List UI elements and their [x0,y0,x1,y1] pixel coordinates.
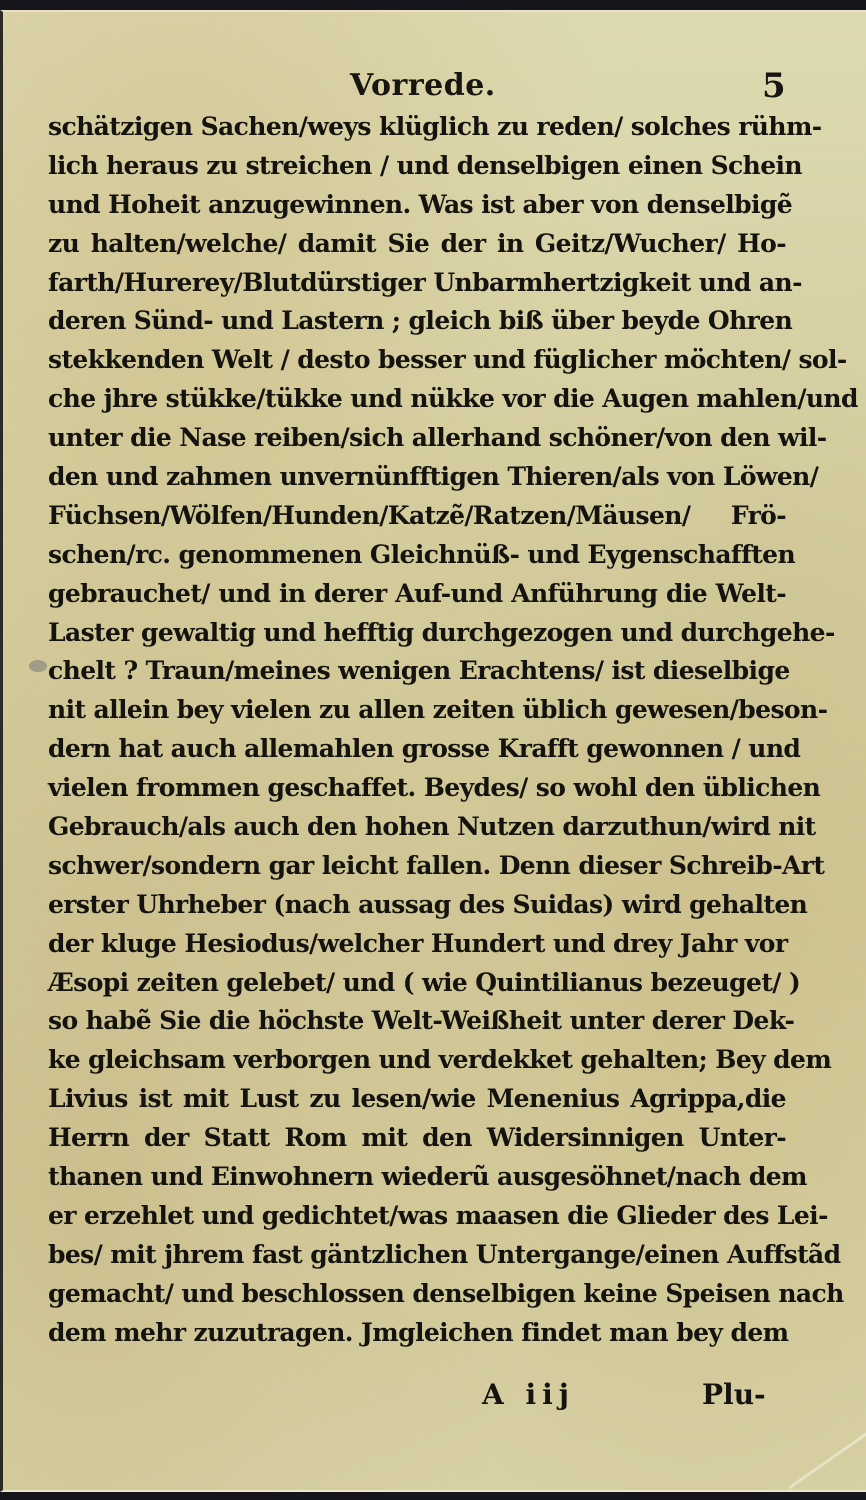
text-line: so habẽ Sie die höchste Welt-Weißheit un… [48,1002,786,1041]
text-line: den und zahmen unvernünfftigen Thieren/a… [48,458,786,497]
text-line: schwer/sondern gar leicht fallen. Denn d… [48,847,786,886]
text-line: Laster gewaltig und hefftig durchgezogen… [48,614,786,653]
text-line: unter die Nase reiben/sich allerhand sch… [48,419,786,458]
running-title: Vorrede. [350,68,496,103]
text-line: lich heraus zu streichen / und denselbig… [48,147,786,186]
text-line: farth/Hurerey/Blutdürstiger Unbarmhertzi… [48,264,786,303]
text-line: Füchsen/Wölfen/Hunden/Katzẽ/Ratzen/Mäuse… [48,497,786,536]
text-line: dern hat auch allemahlen grosse Krafft g… [48,730,786,769]
text-line: gemacht/ und beschlossen denselbigen kei… [48,1275,786,1314]
catchword: Plu- [702,1378,766,1411]
page-footer: A iij Plu- [0,1378,866,1428]
text-line: gebrauchet/ und in derer Auf-und Anführu… [48,575,786,614]
text-line: Herrn der Statt Rom mit den Widersinnige… [48,1119,786,1158]
text-line: und Hoheit anzugewinnen. Was ist aber vo… [48,186,786,225]
ink-smudge [29,660,47,672]
text-line: thanen und Einwohnern wiederũ ausgesöhne… [48,1158,786,1197]
text-line: erster Uhrheber (nach aussag des Suidas)… [48,886,786,925]
page-fold-corner [789,1430,866,1490]
text-line: bes/ mit jhrem fast gäntzlichen Untergan… [48,1236,786,1275]
text-line: stekkenden Welt / desto besser und fügli… [48,341,786,380]
text-line: deren Sünd- und Lastern ; gleich biß übe… [48,302,786,341]
text-line: Gebrauch/als auch den hohen Nutzen darzu… [48,808,786,847]
text-line: er erzehlet und gedichtet/was maasen die… [48,1197,786,1236]
page-header: Vorrede. 5 [0,60,866,110]
body-text: schätzigen Sachen/weys klüglich zu reden… [48,108,786,1353]
text-line: che jhre stükke/tükke und nükke vor die … [48,380,786,419]
signature-mark: A iij [482,1378,575,1411]
text-line: ke gleichsam verborgen und verdekket geh… [48,1041,786,1080]
text-line: vielen frommen geschaffet. Beydes/ so wo… [48,769,786,808]
text-line: dem mehr zuzutragen. Jmgleichen findet m… [48,1314,786,1353]
text-line: Livius ist mit Lust zu lesen/wie Meneniu… [48,1080,786,1119]
text-line: schen/rc. genommenen Gleichnüß- und Eyge… [48,536,786,575]
text-line: Æsopi zeiten gelebet/ und ( wie Quintili… [48,964,786,1003]
page-number: 5 [762,66,786,106]
text-line: nit allein bey vielen zu allen zeiten üb… [48,691,786,730]
text-line: schätzigen Sachen/weys klüglich zu reden… [48,108,786,147]
text-line: chelt ? Traun/meines wenigen Erachtens/ … [48,652,786,691]
text-line: zu halten/welche/ damit Sie der in Geitz… [48,225,786,264]
text-line: der kluge Hesiodus/welcher Hundert und d… [48,925,786,964]
